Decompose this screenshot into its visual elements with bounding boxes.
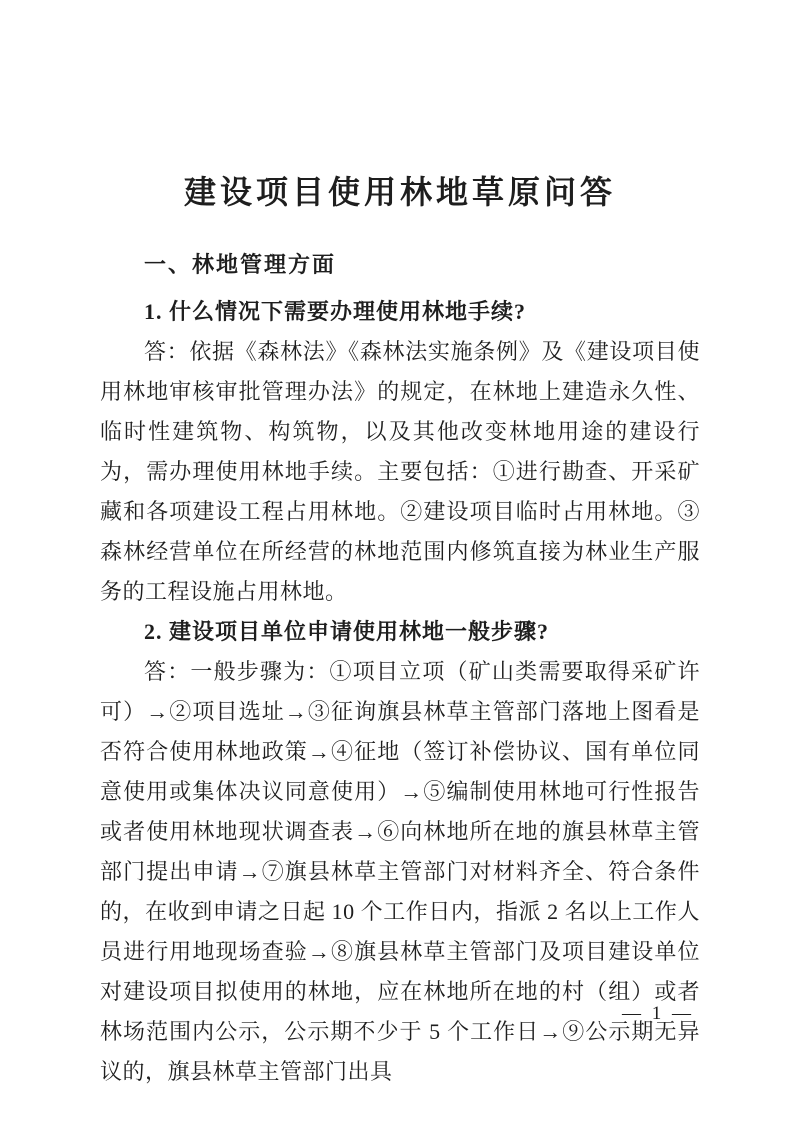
question-2: 2. 建设项目单位申请使用林地一般步骤? <box>100 612 700 652</box>
section-heading: 一、林地管理方面 <box>100 252 700 278</box>
qa-content: 1. 什么情况下需要办理使用林地手续? 答：依据《森林法》《森林法实施条例》及《… <box>100 292 700 1092</box>
qa-item-1: 1. 什么情况下需要办理使用林地手续? 答：依据《森林法》《森林法实施条例》及《… <box>100 292 700 612</box>
answer-1: 答：依据《森林法》《森林法实施条例》及《建设项目使用林地审核审批管理办法》的规定… <box>100 332 700 612</box>
page-number: — 1 — <box>622 1002 694 1026</box>
qa-item-2: 2. 建设项目单位申请使用林地一般步骤? 答：一般步骤为：①项目立项（矿山类需要… <box>100 612 700 1092</box>
document-page: 建设项目使用林地草原问答 一、林地管理方面 1. 什么情况下需要办理使用林地手续… <box>0 0 800 1131</box>
question-1: 1. 什么情况下需要办理使用林地手续? <box>100 292 700 332</box>
answer-2: 答：一般步骤为：①项目立项（矿山类需要取得采矿许可）→②项目选址→③征询旗县林草… <box>100 652 700 1092</box>
document-title: 建设项目使用林地草原问答 <box>0 0 800 212</box>
